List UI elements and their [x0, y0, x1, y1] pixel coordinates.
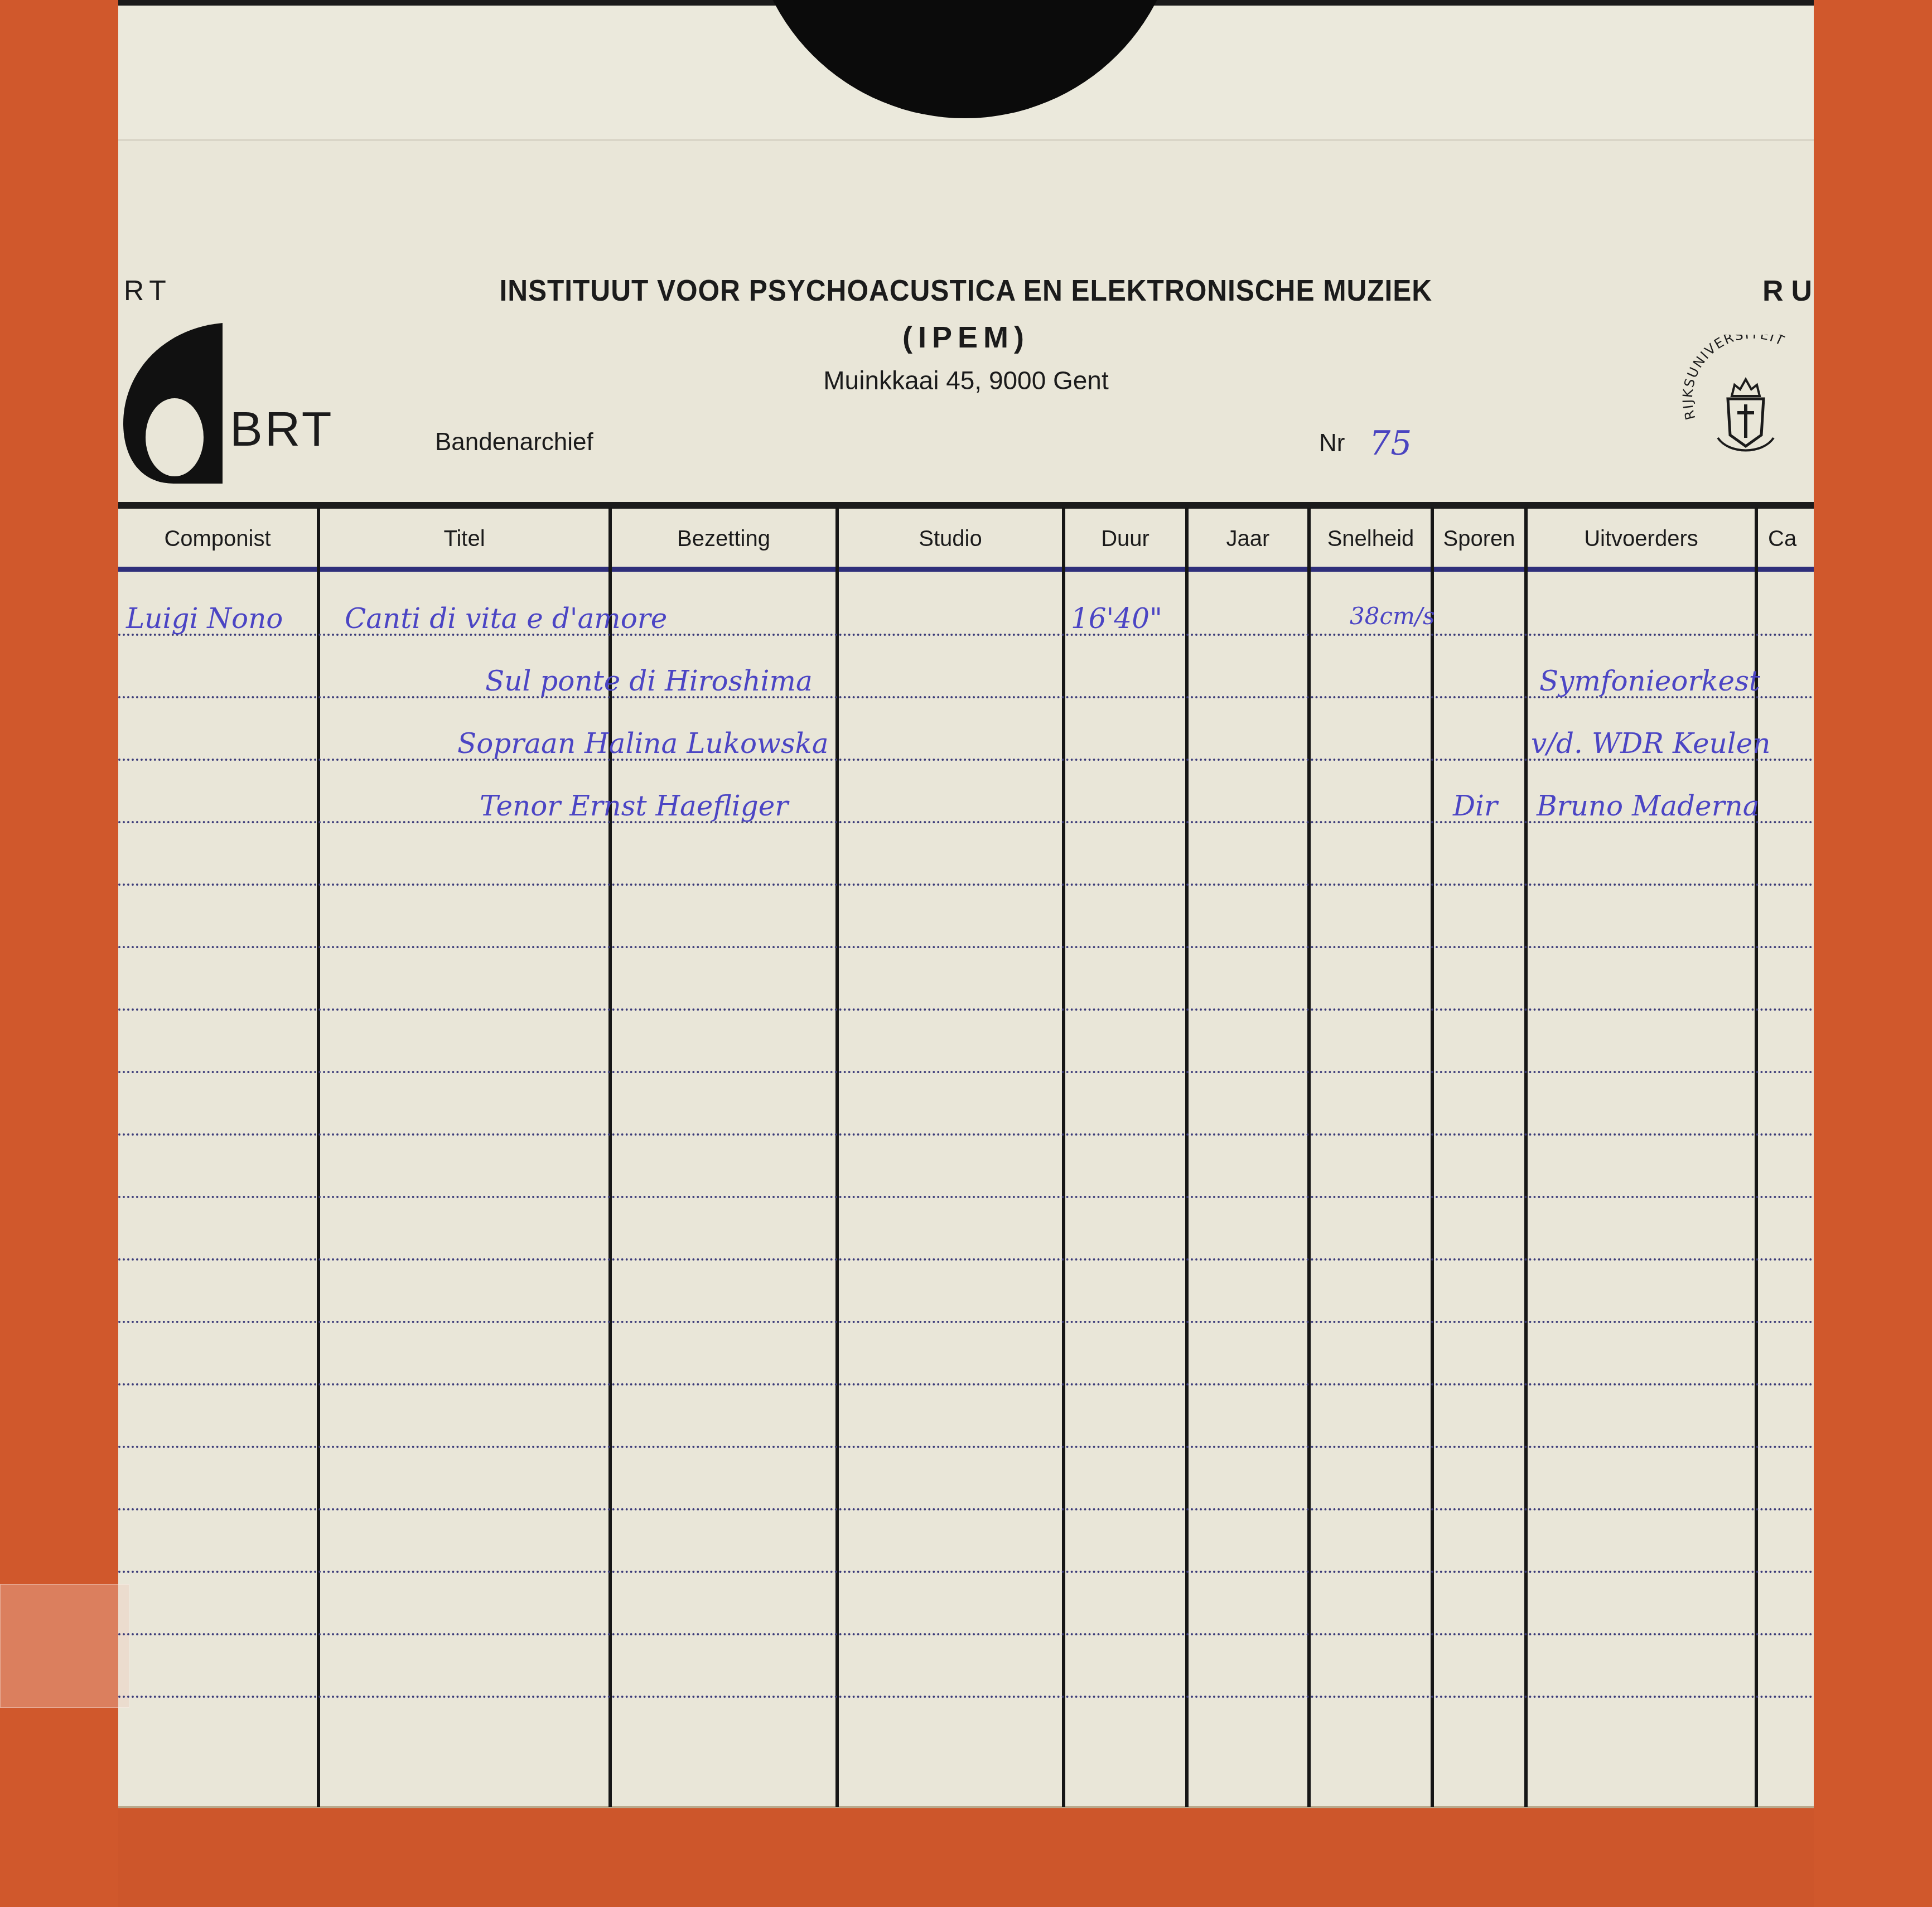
svg-text:RIJKSUNIVERSITEIT: RIJKSUNIVERSITEIT — [1680, 335, 1788, 422]
column-header-duur: Duur — [1065, 527, 1185, 552]
cell-uitvoerders: Bruno Maderna — [1537, 790, 1760, 822]
institute-address: Muinkkaai 45, 9000 Gent — [0, 365, 1932, 395]
column-divider — [1524, 508, 1528, 1807]
column-header-studio: Studio — [839, 527, 1062, 552]
column-header-componist: Componist — [118, 527, 317, 552]
cell-snelheid: 38cm/s — [1350, 602, 1435, 630]
cell-titel: Sul ponte di Hiroshima — [485, 665, 813, 697]
cell-uitvoerders: Symfonieorkest — [1539, 665, 1760, 697]
nr-label: Nr — [1319, 429, 1345, 457]
cell-sporen: Dir — [1453, 790, 1498, 822]
column-divider — [1185, 508, 1189, 1807]
column-header-sporen: Sporen — [1434, 527, 1524, 552]
column-divider — [1755, 508, 1758, 1807]
row-rule — [118, 1008, 1814, 1011]
row-rule — [118, 1633, 1814, 1635]
column-header-bezetting: Bezetting — [612, 527, 835, 552]
box-bottom-flap — [118, 1806, 1814, 1907]
header-bottom-rule — [118, 567, 1814, 572]
row-rule — [118, 1696, 1814, 1698]
row-rule — [118, 1571, 1814, 1573]
cell-uitvoerders: v/d. WDR Keulen — [1531, 727, 1771, 760]
column-divider — [317, 508, 320, 1807]
nr-value: 75 — [1369, 424, 1412, 463]
column-header-catalog: Ca — [1768, 527, 1814, 552]
tape-patch — [0, 1584, 129, 1708]
cell-componist: Luigi Nono — [126, 602, 283, 635]
cell-duur: 16'40" — [1071, 602, 1162, 635]
column-divider — [835, 508, 839, 1807]
column-divider — [1307, 508, 1311, 1807]
row-rule — [118, 1133, 1814, 1136]
row-rule — [118, 1258, 1814, 1261]
column-header-jaar: Jaar — [1189, 527, 1307, 552]
row-rule — [118, 1383, 1814, 1385]
header-top-rule — [118, 502, 1814, 509]
archive-label: Bandenarchief — [435, 428, 593, 456]
row-rule — [118, 1508, 1814, 1510]
column-divider — [608, 508, 612, 1807]
archive-card — [118, 0, 1814, 1806]
row-rule — [118, 884, 1814, 886]
row-rule — [118, 1446, 1814, 1448]
cell-bezetting: Sopraan Halina Lukowska — [457, 727, 829, 760]
row-rule — [118, 1071, 1814, 1073]
row-rule — [118, 1321, 1814, 1323]
cell-bezetting: Tenor Ernst Haefliger — [480, 790, 788, 822]
column-header-uitvoerders: Uitvoerders — [1528, 527, 1755, 552]
brt-logo-icon — [123, 323, 223, 484]
column-header-titel: Titel — [320, 527, 608, 552]
institute-title: INSTITUUT VOOR PSYCHOACUSTICA EN ELEKTRO… — [77, 273, 1854, 308]
row-rule — [118, 946, 1814, 948]
row-rule — [118, 1196, 1814, 1198]
column-header-snelheid: Snelheid — [1311, 527, 1431, 552]
cell-titel: Canti di vita e d'amore — [345, 602, 667, 635]
institute-abbreviation: (IPEM) — [0, 320, 1932, 355]
university-seal-icon: RIJKSUNIVERSITEIT — [1679, 335, 1813, 469]
column-divider — [1062, 508, 1065, 1807]
brt-label: BRT — [230, 400, 334, 457]
column-divider — [1431, 508, 1434, 1807]
